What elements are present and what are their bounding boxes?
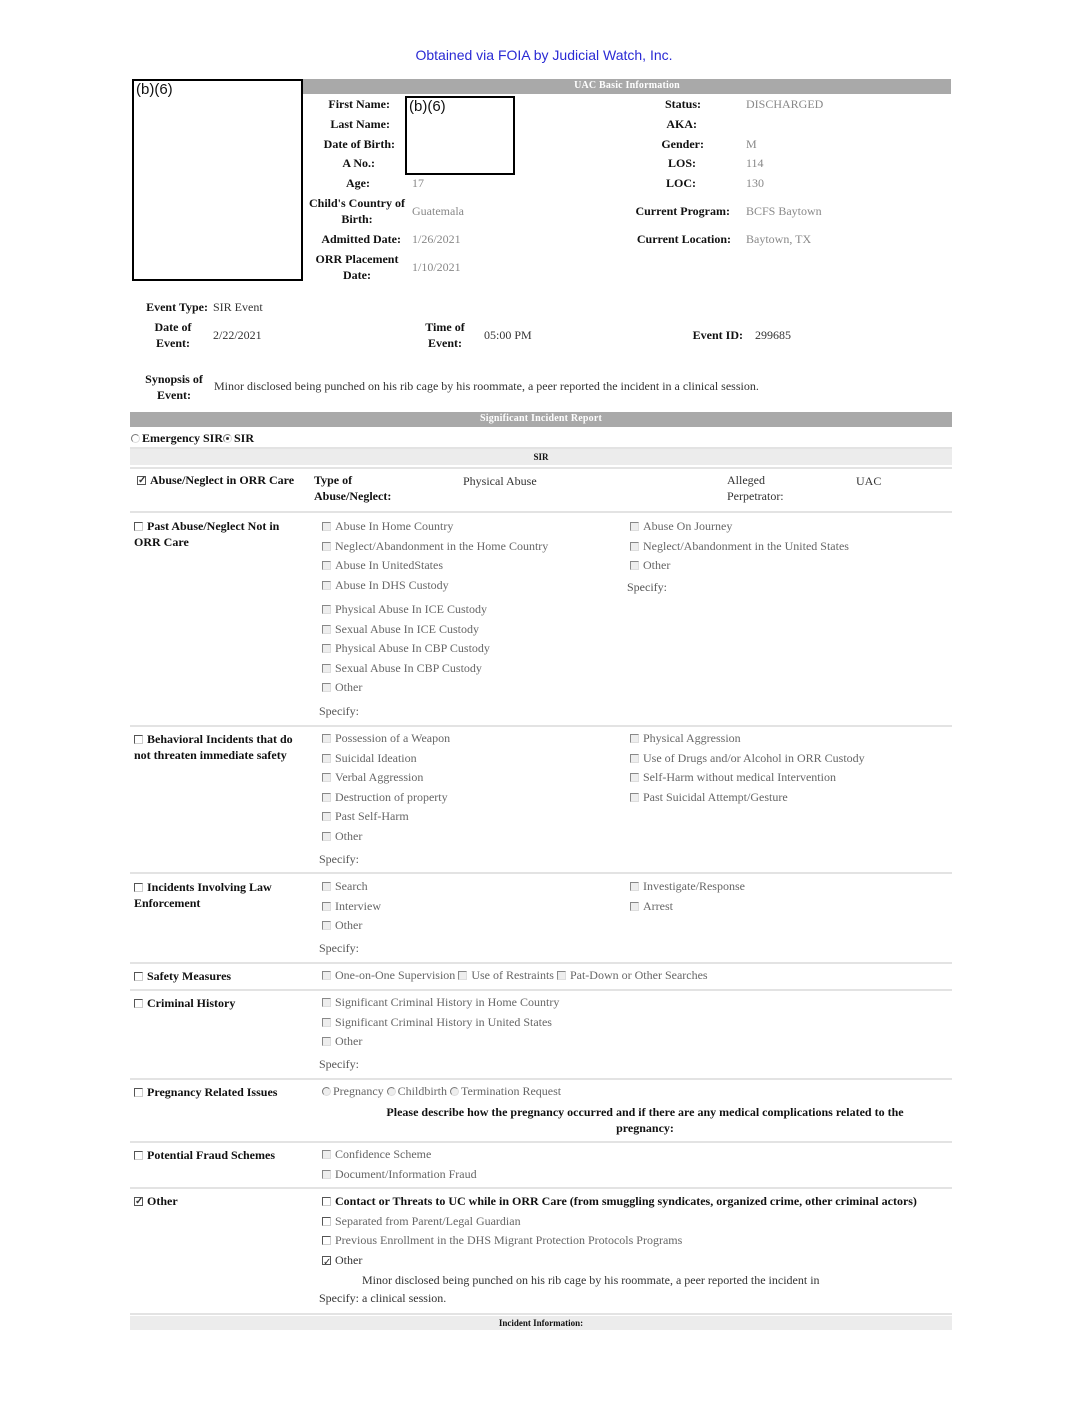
option-past-c2-neglect-abandonment-in-the-united-states: Neglect/Abandonment in the United States: [630, 537, 849, 557]
option-past-abuse-in-home-country: Abuse In Home Country: [322, 517, 548, 537]
event-date-value: 2/22/2021: [213, 328, 262, 343]
option-contact-threats-label: Contact or Threats to UC while in ORR Ca…: [335, 1194, 917, 1208]
placement-label-line1: ORR Placement: [305, 251, 409, 267]
category-safety-label: Safety Measures: [147, 969, 231, 983]
option-label: One-on-One Supervision: [335, 968, 458, 982]
category-fraud-label: Potential Fraud Schemes: [147, 1148, 275, 1162]
alleged-perpetrator-value: UAC: [856, 474, 881, 489]
checkbox-other-option[interactable]: [322, 1256, 331, 1265]
option-beh-past-self-harm: Past Self-Harm: [322, 807, 450, 827]
behavioral-options-col2: Physical AggressionUse of Drugs and/or A…: [630, 729, 865, 807]
checkbox-beh-other[interactable]: [322, 832, 331, 841]
category-safety-measures: Safety Measures: [134, 968, 231, 984]
option-law-other: Other: [322, 916, 381, 936]
uac-basic-info-header: UAC Basic Information: [303, 79, 951, 94]
category-law-label-line2: Enforcement: [134, 895, 272, 911]
checkbox-past-c2-abuse-on-journey[interactable]: [630, 522, 639, 531]
other-specify-text-cont: a clinical session.: [362, 1291, 446, 1305]
type-of-abuse-label: Type of Abuse/Neglect:: [314, 472, 391, 504]
law-specify-label: Specify:: [319, 941, 359, 956]
other-specify-label: Specify:: [319, 1291, 359, 1305]
option-law-interview: Interview: [322, 897, 381, 917]
alleged-perpetrator-label: Alleged Perpetrator:: [727, 472, 784, 504]
option-label: Abuse In Home Country: [335, 519, 453, 533]
option-label: Confidence Scheme: [335, 1147, 431, 1161]
country-label-line2: Birth:: [305, 211, 409, 227]
option-label: Neglect/Abandonment in the United States: [643, 539, 849, 553]
option-label: Use of Drugs and/or Alcohol in ORR Custo…: [643, 751, 865, 765]
behavioral-options-col1: Possession of a WeaponSuicidal IdeationV…: [322, 729, 450, 847]
event-date-label-line1: Date of: [140, 319, 206, 335]
criminal-options: Significant Criminal History in Home Cou…: [322, 993, 559, 1052]
checkbox-safety-measures[interactable]: [134, 972, 143, 981]
checkbox-beh-verbal-aggression[interactable]: [322, 773, 331, 782]
event-date-label: Date of Event:: [140, 319, 206, 351]
placement-label: ORR Placement Date:: [305, 251, 409, 283]
radio-label: Termination Request: [461, 1084, 561, 1098]
option-label: Physical Abuse In ICE Custody: [335, 602, 487, 616]
option-past-c2-abuse-on-journey: Abuse On Journey: [630, 517, 849, 537]
option-mpp-label: Previous Enrollment in the DHS Migrant P…: [335, 1233, 682, 1247]
category-pregnancy-label: Pregnancy Related Issues: [147, 1085, 277, 1099]
option-past-other: Other: [322, 678, 490, 698]
category-abuse-orr-label: Abuse/Neglect in ORR Care: [150, 473, 294, 487]
option-beh-c2-physical-aggression: Physical Aggression: [630, 729, 865, 749]
past-abuse-options-col1b: Physical Abuse In ICE CustodySexual Abus…: [322, 600, 490, 698]
alleged-perpetrator-label-line2: Perpetrator:: [727, 488, 784, 504]
behavioral-specify-label: Specify:: [319, 852, 359, 867]
checkbox-contact-threats[interactable]: [322, 1197, 331, 1206]
checkbox-crim-other[interactable]: [322, 1037, 331, 1046]
category-pregnancy: Pregnancy Related Issues: [134, 1084, 277, 1100]
checkbox-law-other[interactable]: [322, 921, 331, 930]
option-beh-possession-of-a-weapon: Possession of a Weapon: [322, 729, 450, 749]
option-label: Other: [643, 558, 670, 572]
first-name-label: First Name:: [305, 97, 390, 112]
checkbox-behavioral[interactable]: [134, 735, 143, 744]
option-label: Abuse On Journey: [643, 519, 732, 533]
option-label: Sexual Abuse In ICE Custody: [335, 622, 479, 636]
location-label: Current Location:: [600, 232, 731, 247]
option-beh-c2-self-harm-without-medical-intervention: Self-Harm without medical Intervention: [630, 768, 865, 788]
los-value: 114: [746, 156, 764, 171]
past-abuse-col2-specify-label: Specify:: [627, 580, 667, 595]
option-label: Significant Criminal History in Home Cou…: [335, 995, 559, 1009]
checkbox-pregnancy[interactable]: [134, 1088, 143, 1097]
divider: [130, 1141, 952, 1143]
placement-value: 1/10/2021: [412, 260, 461, 275]
checkbox-safety-use-of-restraints[interactable]: [458, 971, 467, 980]
law-options-col1: SearchInterviewOther: [322, 877, 381, 936]
checkbox-fraud-document-information-fraud[interactable]: [322, 1170, 331, 1179]
aka-label: AKA:: [600, 117, 697, 132]
option-label: Document/Information Fraud: [335, 1167, 477, 1181]
option-label: Search: [335, 879, 368, 893]
option-label: Possession of a Weapon: [335, 731, 450, 745]
option-label: Other: [335, 829, 362, 843]
radio-termination-request[interactable]: [450, 1087, 459, 1096]
category-criminal-label: Criminal History: [147, 996, 235, 1010]
last-name-label: Last Name:: [305, 117, 390, 132]
radio-label: Pregnancy: [333, 1084, 387, 1098]
radio-sir-label: SIR: [234, 431, 254, 445]
divider: [130, 1313, 952, 1315]
divider: [130, 1078, 952, 1080]
option-contact-threats: Contact or Threats to UC while in ORR Ca…: [322, 1192, 917, 1212]
option-past-sexual-abuse-in-cbp-custody: Sexual Abuse In CBP Custody: [322, 659, 490, 679]
checkbox-past-abuse-in-dhs-custody[interactable]: [322, 581, 331, 590]
option-label: Physical Abuse In CBP Custody: [335, 641, 490, 655]
option-label: Other: [335, 918, 362, 932]
name-redaction: (b)(6): [405, 96, 515, 175]
past-abuse-specify-label: Specify:: [319, 704, 359, 719]
los-label: LOS:: [600, 156, 696, 171]
category-behavioral: Behavioral Incidents that do not threate…: [134, 731, 293, 763]
option-label: Arrest: [643, 899, 673, 913]
option-law-c2-arrest: Arrest: [630, 897, 745, 917]
checkbox-beh-destruction-of-property[interactable]: [322, 793, 331, 802]
divider: [130, 725, 952, 727]
option-label: Destruction of property: [335, 790, 448, 804]
safety-options: One-on-One Supervision Use of Restraints…: [322, 966, 708, 986]
option-other: Other: [322, 1251, 362, 1271]
dob-label: Date of Birth:: [305, 137, 395, 152]
checkbox-past-abuse[interactable]: [134, 522, 143, 531]
option-label: Significant Criminal History in United S…: [335, 1015, 552, 1029]
past-abuse-options-col1: Abuse In Home CountryNeglect/Abandonment…: [322, 517, 548, 595]
option-crim-significant-criminal-history-in-united-states: Significant Criminal History in United S…: [322, 1013, 559, 1033]
event-time-label-line1: Time of: [415, 319, 475, 335]
category-abuse-orr-care: Abuse/Neglect in ORR Care: [137, 472, 294, 488]
country-label: Child's Country of Birth:: [305, 195, 409, 227]
option-label: Abuse In UnitedStates: [335, 558, 443, 572]
country-value: Guatemala: [412, 204, 464, 219]
option-beh-verbal-aggression: Verbal Aggression: [322, 768, 450, 788]
checkbox-past-abuse-in-home-country[interactable]: [322, 522, 331, 531]
checkbox-past-physical-abuse-in-ice-custody[interactable]: [322, 605, 331, 614]
checkbox-beh-c2-use-of-drugs-and-or-alcohol-in-orr-custody[interactable]: [630, 754, 639, 763]
option-fraud-document-information-fraud: Document/Information Fraud: [322, 1165, 477, 1185]
option-past-physical-abuse-in-ice-custody: Physical Abuse In ICE Custody: [322, 600, 490, 620]
radio-sir[interactable]: [223, 434, 232, 443]
category-fraud: Potential Fraud Schemes: [134, 1147, 275, 1163]
option-beh-c2-use-of-drugs-and-or-alcohol-in-orr-custody: Use of Drugs and/or Alcohol in ORR Custo…: [630, 749, 865, 769]
event-type-value: SIR Event: [213, 300, 263, 315]
divider: [130, 1187, 952, 1189]
checkbox-past-c2-other[interactable]: [630, 561, 639, 570]
divider: [130, 467, 952, 469]
option-beh-other: Other: [322, 827, 450, 847]
option-other-label: Other: [335, 1253, 362, 1267]
checkbox-law-search[interactable]: [322, 882, 331, 891]
option-beh-destruction-of-property: Destruction of property: [322, 788, 450, 808]
checkbox-crim-significant-criminal-history-in-united-states[interactable]: [322, 1018, 331, 1027]
checkbox-fraud[interactable]: [134, 1151, 143, 1160]
event-time-label: Time of Event:: [415, 319, 475, 351]
option-past-abuse-in-dhs-custody: Abuse In DHS Custody: [322, 576, 548, 596]
checkbox-law-enforcement[interactable]: [134, 883, 143, 892]
other-specify-text: Minor disclosed being punched on his rib…: [362, 1273, 820, 1288]
checkbox-law-interview[interactable]: [322, 902, 331, 911]
event-type-label: Event Type:: [138, 300, 208, 315]
category-past-abuse-label-line2: ORR Care: [134, 534, 279, 550]
checkbox-beh-suicidal-ideation[interactable]: [322, 754, 331, 763]
placement-label-line2: Date:: [305, 267, 409, 283]
sir-subheader: SIR: [130, 449, 952, 465]
pregnancy-prompt: Please describe how the pregnancy occurr…: [320, 1104, 970, 1136]
location-value: Baytown, TX: [746, 232, 811, 247]
category-other: Other: [134, 1193, 178, 1209]
synopsis-value: Minor disclosed being punched on his rib…: [214, 379, 759, 394]
admitted-label: Admitted Date:: [305, 232, 401, 247]
radio-childbirth[interactable]: [387, 1087, 396, 1096]
gender-label: Gender:: [600, 137, 704, 152]
country-label-line1: Child's Country of: [305, 195, 409, 211]
option-label: Use of Restraints: [471, 968, 557, 982]
radio-label: Childbirth: [398, 1084, 450, 1098]
past-abuse-options-col2: Abuse On JourneyNeglect/Abandonment in t…: [630, 517, 849, 576]
incident-info-header: Incident Information:: [130, 1316, 952, 1330]
option-separated-label: Separated from Parent/Legal Guardian: [335, 1214, 521, 1228]
pregnancy-prompt-line2: pregnancy:: [320, 1120, 970, 1136]
checkbox-beh-c2-physical-aggression[interactable]: [630, 734, 639, 743]
checkbox-beh-c2-self-harm-without-medical-intervention[interactable]: [630, 773, 639, 782]
option-label: Physical Aggression: [643, 731, 741, 745]
checkbox-crim-significant-criminal-history-in-home-country[interactable]: [322, 998, 331, 1007]
checkbox-beh-possession-of-a-weapon[interactable]: [322, 734, 331, 743]
a-no-label: A No.:: [305, 156, 375, 171]
sir-type-radios: Emergency SIRSIR: [131, 430, 254, 446]
divider: [130, 511, 952, 513]
checkbox-past-abuse-in-unitedstates[interactable]: [322, 561, 331, 570]
type-of-abuse-label-line1: Type of: [314, 472, 391, 488]
pregnancy-radios: Pregnancy Childbirth Termination Request: [322, 1082, 561, 1102]
option-label: Past Suicidal Attempt/Gesture: [643, 790, 788, 804]
checkbox-abuse-orr-care[interactable]: [137, 476, 146, 485]
option-label: Pat-Down or Other Searches: [570, 968, 708, 982]
age-value: 17: [412, 176, 424, 191]
status-label: Status:: [600, 97, 701, 112]
option-past-sexual-abuse-in-ice-custody: Sexual Abuse In ICE Custody: [322, 620, 490, 640]
program-label: Current Program:: [600, 204, 730, 219]
program-value: BCFS Baytown: [746, 204, 822, 219]
category-other-label: Other: [147, 1194, 178, 1208]
category-law-enforcement: Incidents Involving Law Enforcement: [134, 879, 272, 911]
option-past-abuse-in-unitedstates: Abuse In UnitedStates: [322, 556, 548, 576]
category-past-abuse: Past Abuse/Neglect Not in ORR Care: [134, 518, 279, 550]
event-id-label: Event ID:: [660, 328, 743, 343]
option-separated: Separated from Parent/Legal Guardian: [322, 1212, 521, 1232]
photo-redaction: (b)(6): [132, 79, 303, 281]
option-label: Suicidal Ideation: [335, 751, 417, 765]
checkbox-beh-c2-past-suicidal-attempt-gesture[interactable]: [630, 793, 639, 802]
checkbox-law-c2-investigate-response[interactable]: [630, 882, 639, 891]
checkbox-criminal-history[interactable]: [134, 999, 143, 1008]
option-fraud-confidence-scheme: Confidence Scheme: [322, 1145, 477, 1165]
option-crim-other: Other: [322, 1032, 559, 1052]
synopsis-label-line1: Synopsis of: [138, 371, 210, 387]
option-mpp: Previous Enrollment in the DHS Migrant P…: [322, 1231, 682, 1251]
divider: [130, 872, 952, 874]
checkbox-past-c2-neglect-abandonment-in-the-united-states[interactable]: [630, 542, 639, 551]
option-label: Self-Harm without medical Intervention: [643, 770, 836, 784]
option-law-search: Search: [322, 877, 381, 897]
checkbox-past-neglect-abandonment-in-the-home-country[interactable]: [322, 542, 331, 551]
checkbox-other[interactable]: [134, 1197, 143, 1206]
type-of-abuse-value: Physical Abuse: [463, 474, 537, 489]
category-criminal-history: Criminal History: [134, 995, 235, 1011]
pregnancy-prompt-line1: Please describe how the pregnancy occurr…: [320, 1104, 970, 1120]
divider: [130, 989, 952, 991]
alleged-perpetrator-label-line1: Alleged: [727, 472, 784, 488]
synopsis-label-line2: Event:: [138, 387, 210, 403]
option-law-c2-investigate-response: Investigate/Response: [630, 877, 745, 897]
checkbox-separated[interactable]: [322, 1217, 331, 1226]
radio-pregnancy[interactable]: [322, 1087, 331, 1096]
option-label: Other: [335, 1034, 362, 1048]
checkbox-past-other[interactable]: [322, 683, 331, 692]
option-past-c2-other: Other: [630, 556, 849, 576]
sir-header: Significant Incident Report: [130, 412, 952, 427]
option-label: Verbal Aggression: [335, 770, 423, 784]
option-beh-suicidal-ideation: Suicidal Ideation: [322, 749, 450, 769]
admitted-value: 1/26/2021: [412, 232, 461, 247]
loc-label: LOC:: [600, 176, 696, 191]
event-id-value: 299685: [755, 328, 791, 343]
option-past-neglect-abandonment-in-the-home-country: Neglect/Abandonment in the Home Country: [322, 537, 548, 557]
criminal-specify-label: Specify:: [319, 1057, 359, 1072]
option-label: Neglect/Abandonment in the Home Country: [335, 539, 548, 553]
other-specify-line2: Specify: a clinical session.: [319, 1291, 446, 1306]
checkbox-law-c2-arrest[interactable]: [630, 902, 639, 911]
checkbox-safety-pat-down-or-other-searches[interactable]: [557, 971, 566, 980]
foia-watermark: Obtained via FOIA by Judicial Watch, Inc…: [0, 47, 1088, 63]
option-label: Sexual Abuse In CBP Custody: [335, 661, 482, 675]
category-behavioral-label-line2: not threaten immediate safety: [134, 747, 293, 763]
gender-value: M: [746, 137, 757, 152]
event-time-value: 05:00 PM: [484, 328, 532, 343]
category-past-abuse-label-line1: Past Abuse/Neglect Not in: [147, 519, 279, 533]
radio-emergency-sir[interactable]: [131, 434, 140, 443]
checkbox-past-physical-abuse-in-cbp-custody[interactable]: [322, 644, 331, 653]
fraud-options: Confidence SchemeDocument/Information Fr…: [322, 1145, 477, 1184]
checkbox-past-sexual-abuse-in-cbp-custody[interactable]: [322, 664, 331, 673]
type-of-abuse-label-line2: Abuse/Neglect:: [314, 488, 391, 504]
status-value: DISCHARGED: [746, 97, 823, 112]
option-label: Abuse In DHS Custody: [335, 578, 449, 592]
option-label: Investigate/Response: [643, 879, 745, 893]
event-date-label-line2: Event:: [140, 335, 206, 351]
checkbox-mpp[interactable]: [322, 1236, 331, 1245]
checkbox-safety-one-on-one-supervision[interactable]: [322, 971, 331, 980]
event-time-label-line2: Event:: [415, 335, 475, 351]
category-law-label-line1: Incidents Involving Law: [147, 880, 272, 894]
option-crim-significant-criminal-history-in-home-country: Significant Criminal History in Home Cou…: [322, 993, 559, 1013]
radio-emergency-sir-label: Emergency SIR: [142, 431, 223, 445]
option-label: Other: [335, 680, 362, 694]
divider: [130, 962, 952, 964]
age-label: Age:: [305, 176, 370, 191]
category-behavioral-label-line1: Behavioral Incidents that do: [147, 732, 293, 746]
synopsis-label: Synopsis of Event:: [138, 371, 210, 403]
checkbox-beh-past-self-harm[interactable]: [322, 812, 331, 821]
option-label: Interview: [335, 899, 381, 913]
checkbox-past-sexual-abuse-in-ice-custody[interactable]: [322, 625, 331, 634]
option-beh-c2-past-suicidal-attempt-gesture: Past Suicidal Attempt/Gesture: [630, 788, 865, 808]
loc-value: 130: [746, 176, 764, 191]
option-past-physical-abuse-in-cbp-custody: Physical Abuse In CBP Custody: [322, 639, 490, 659]
law-options-col2: Investigate/ResponseArrest: [630, 877, 745, 916]
checkbox-fraud-confidence-scheme[interactable]: [322, 1150, 331, 1159]
option-label: Past Self-Harm: [335, 809, 409, 823]
